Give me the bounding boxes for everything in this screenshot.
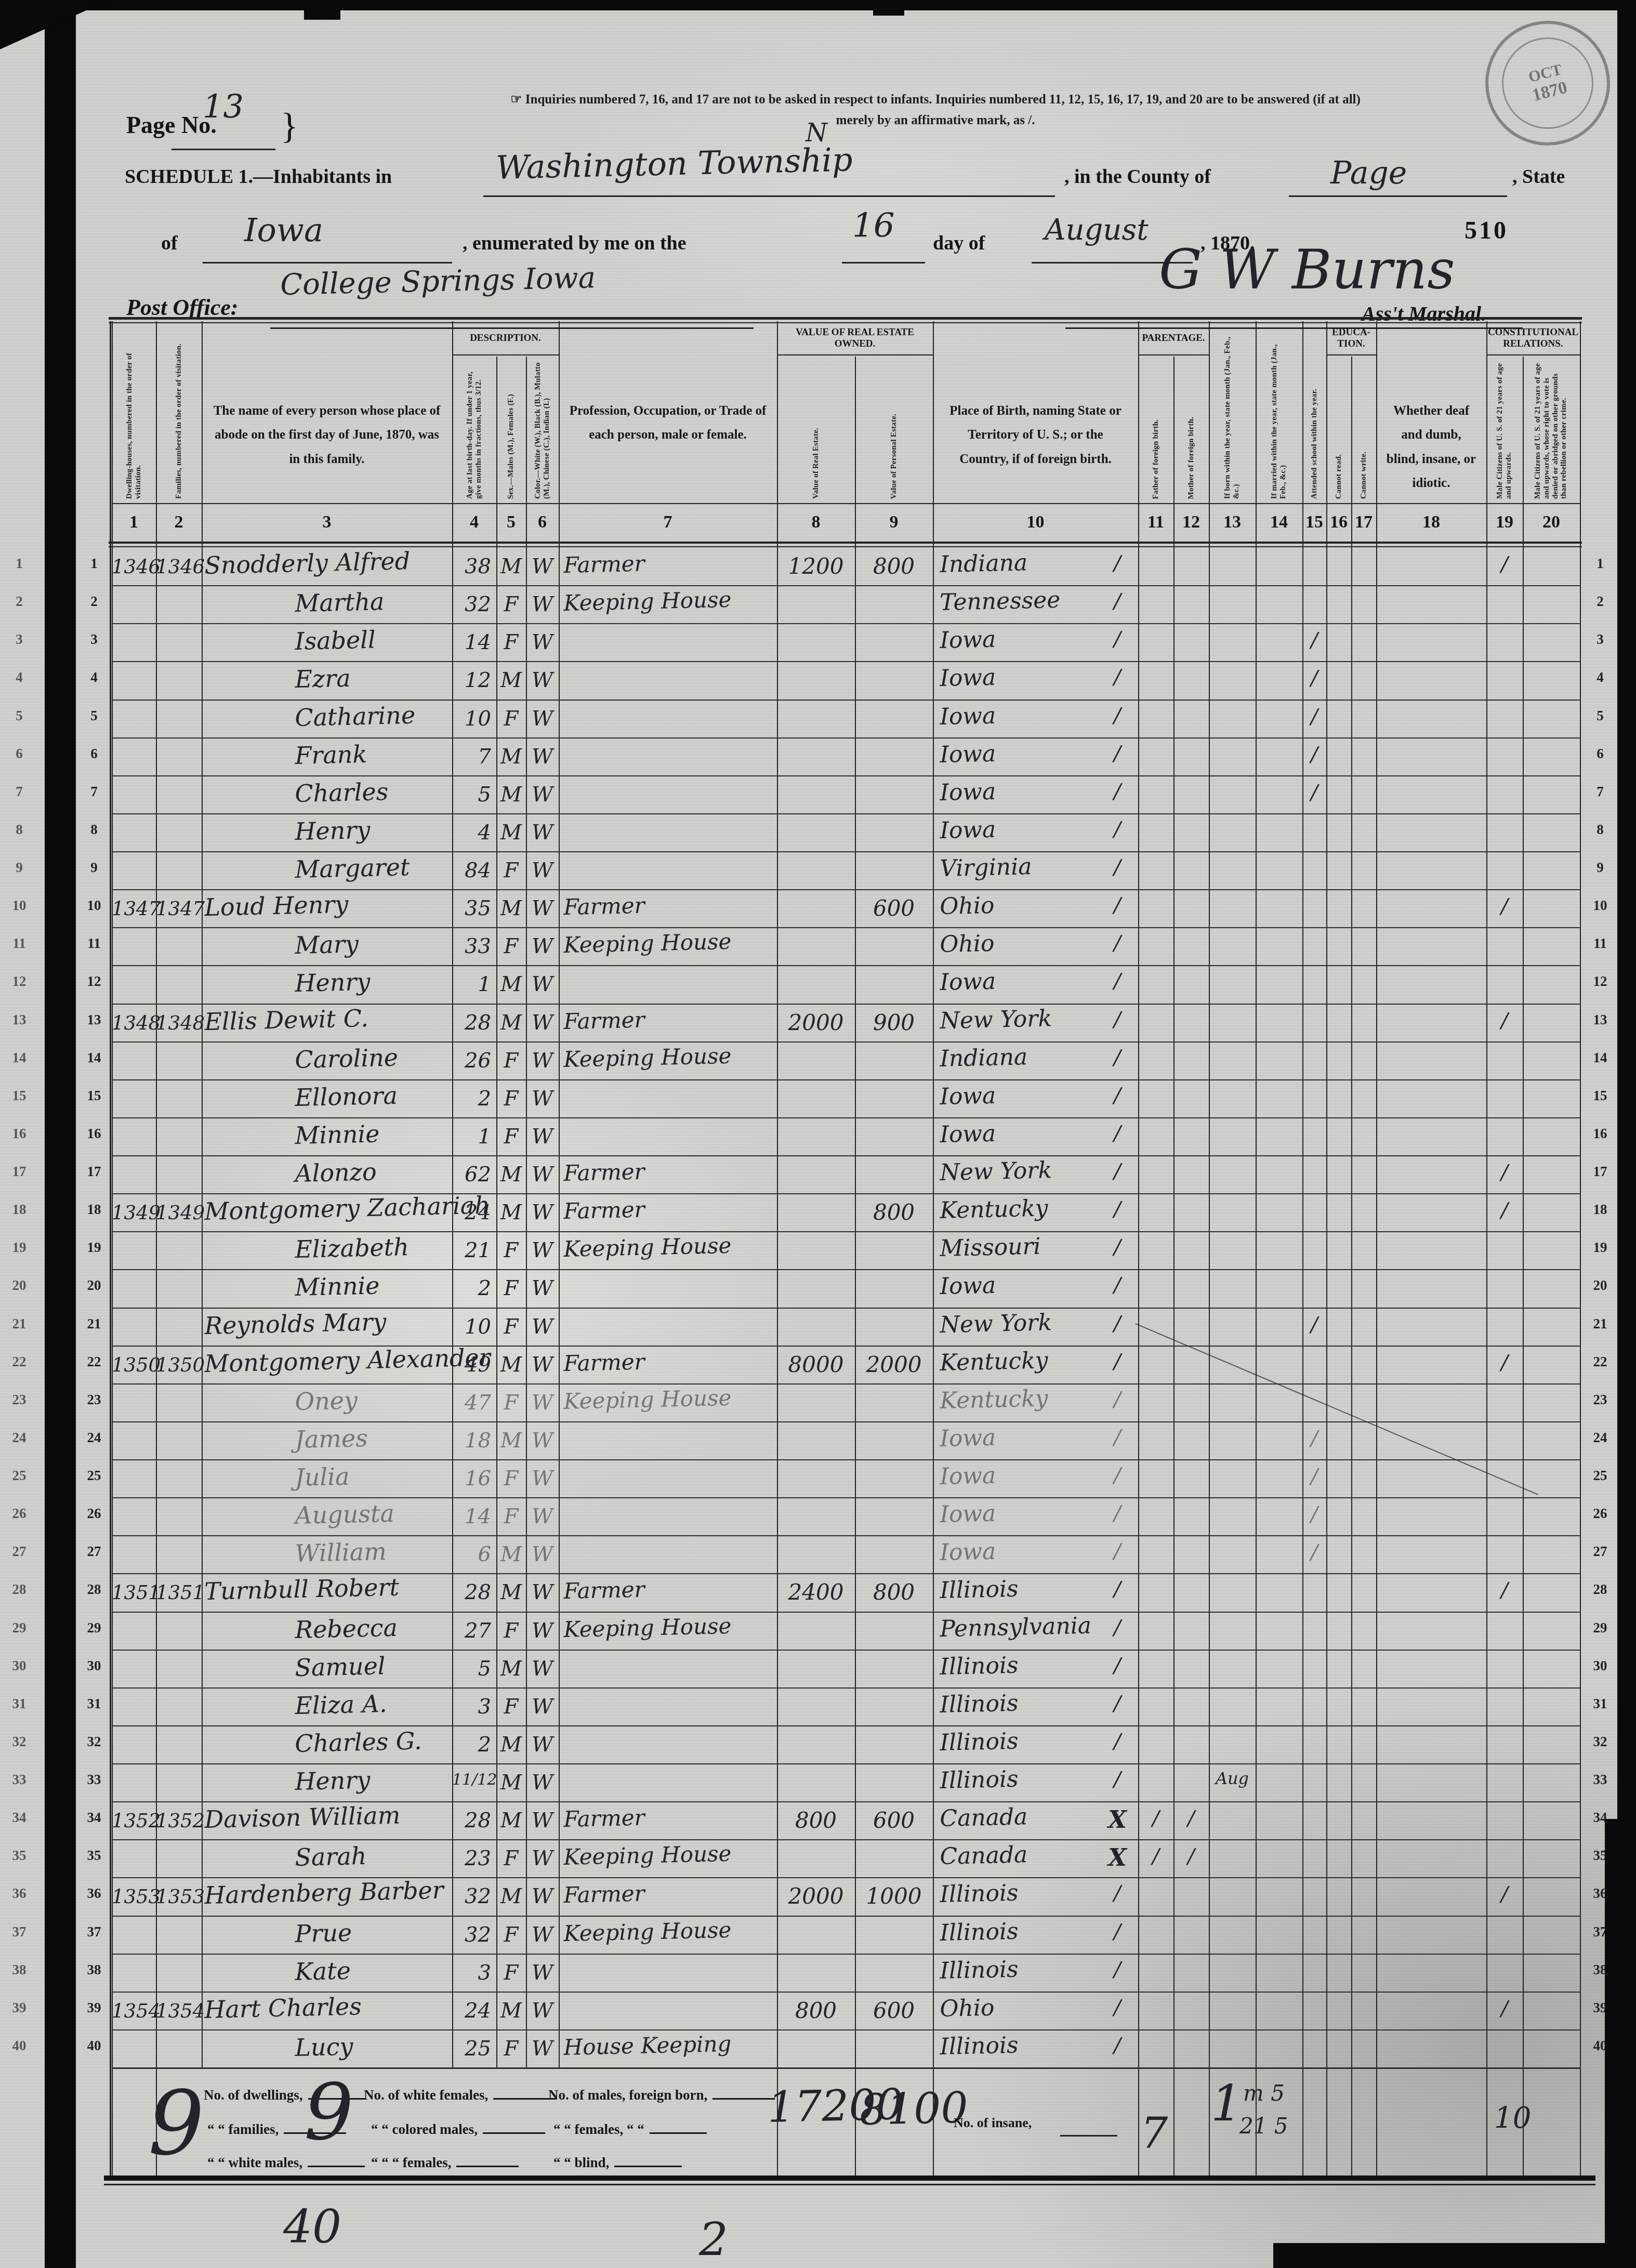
cell-personal-estate: 800 <box>855 1579 933 1605</box>
cell-color: W <box>526 707 559 731</box>
cell-color: W <box>526 1429 559 1453</box>
column-header-11: Father of foreign birth. <box>1140 361 1171 499</box>
cell-person-name: Rebecca <box>295 1613 398 1643</box>
column-header-12: Mother of foreign birth. <box>1176 361 1207 499</box>
pen-scratch <box>1135 1323 1538 1495</box>
column-header-text: Attended school within the year. <box>1310 389 1319 499</box>
row-number-sliver: 39 <box>1 2000 37 2016</box>
row-number-right: 31 <box>1581 1696 1619 1712</box>
cell-person-name: Ezra <box>295 664 351 693</box>
cell-color: W <box>526 1391 559 1415</box>
column-header-text: Sex.—Males (M.), Females (F.) <box>507 394 516 499</box>
cell-mark-col19: / <box>1486 1009 1523 1033</box>
row-number-left: 20 <box>78 1277 110 1294</box>
cell-birthplace: New York <box>940 1309 1052 1338</box>
row-number-left: 10 <box>78 898 110 914</box>
cell-real-estate: 800 <box>777 1998 855 2023</box>
table-row-line <box>112 1497 1581 1498</box>
cell-sex: F <box>496 1619 526 1643</box>
cell-sex: F <box>496 630 526 654</box>
cell-person-name: Margaret <box>295 853 410 884</box>
row-number-sliver: 2 <box>1 594 37 610</box>
schedule-title: SCHEDULE 1.—Inhabitants in <box>125 165 392 188</box>
cell-age: 84 <box>452 859 491 882</box>
table-row-line <box>112 2029 1581 2030</box>
row-number-sliver: 13 <box>1 1012 37 1028</box>
cell-birthplace: Ohio <box>940 892 995 920</box>
cell-birthplace: Virginia <box>940 853 1032 882</box>
column-group-underline <box>777 354 933 355</box>
row-number-left: 13 <box>78 1012 110 1028</box>
column-header-14: If married within the year, state month … <box>1258 328 1300 499</box>
row-number-sliver: 30 <box>1 1658 37 1674</box>
row-number-sliver: 1 <box>1 556 37 572</box>
cell-sex: F <box>496 1695 526 1719</box>
cell-sex: F <box>496 592 526 616</box>
cell-sex: M <box>496 1657 526 1681</box>
column-header-19: Male Citizens of U. S. of 21 years of ag… <box>1488 361 1521 499</box>
column-header-7: Profession, Occupation, or Trade of each… <box>568 399 768 447</box>
cell-sex: M <box>496 1733 526 1757</box>
row-number-right: 4 <box>1581 669 1619 685</box>
cell-family-number: 1353 <box>156 1885 202 1908</box>
cell-age: 3 <box>452 1961 491 1985</box>
row-number-left: 40 <box>78 2038 110 2054</box>
row-number-right: 14 <box>1581 1050 1619 1066</box>
column-header-text: Mother of foreign birth. <box>1187 417 1196 499</box>
film-edge-top <box>0 0 1636 10</box>
row-number-right: 9 <box>1581 860 1619 876</box>
cell-age: 27 <box>452 1619 491 1643</box>
cell-birthplace: Illinois <box>940 1956 1019 1984</box>
column-number-12: 12 <box>1173 512 1209 532</box>
column-header-text: Cannot read. <box>1335 454 1343 499</box>
instruction-note-line2: merely by an affirmative mark, as /. <box>364 113 1507 128</box>
table-row-line <box>112 1954 1581 1955</box>
cell-person-name: Loud Henry <box>204 890 349 921</box>
cell-family-number: 1346 <box>156 556 202 578</box>
row-number-right: 28 <box>1581 1581 1619 1598</box>
summary-blank <box>713 2095 775 2100</box>
row-number-sliver: 22 <box>1 1354 37 1370</box>
row-number-sliver: 28 <box>1 1581 37 1598</box>
cell-occupation: Keeping House <box>563 1233 732 1262</box>
row-number-right: 13 <box>1581 1012 1619 1028</box>
cell-real-estate: 2000 <box>777 1883 855 1909</box>
cell-mark-col11: / <box>1138 1807 1173 1830</box>
cell-person-name: Minnie <box>295 1272 380 1302</box>
cell-birthplace-mark: / <box>1102 1920 1133 1944</box>
cell-sex: M <box>496 972 526 996</box>
row-number-sliver: 15 <box>1 1088 37 1104</box>
cell-mark-col12: / <box>1173 1807 1209 1830</box>
cell-real-estate: 1200 <box>777 553 855 579</box>
cell-dwelling-number: 1354 <box>112 2000 156 2022</box>
summary-label-text: No. of males, foreign born, <box>548 2087 707 2103</box>
cell-mark-col15: / <box>1302 628 1326 652</box>
cell-person-name: Ellis Dewit C. <box>204 1004 369 1035</box>
cell-occupation: Farmer <box>563 1881 645 1908</box>
row-number-left: 29 <box>78 1620 110 1636</box>
summary-blank <box>483 2129 545 2134</box>
row-number-right: 2 <box>1581 594 1619 610</box>
row-number-left: 38 <box>78 1962 110 1978</box>
cell-person-name: Samuel <box>295 1652 386 1682</box>
cell-color: W <box>526 859 559 882</box>
summary-blank <box>493 2095 556 2100</box>
cell-personal-estate: 1000 <box>855 1883 933 1909</box>
cell-age: 6 <box>452 1542 491 1566</box>
row-number-sliver: 20 <box>1 1277 37 1294</box>
cell-mark-col15: / <box>1302 705 1326 729</box>
cell-birthplace: Iowa <box>940 1424 996 1452</box>
row-number-left: 7 <box>78 784 110 800</box>
cell-birthplace: Missouri <box>940 1233 1041 1262</box>
cell-age: 5 <box>452 783 491 807</box>
cell-birthplace-mark: / <box>1102 1730 1133 1753</box>
cell-age: 35 <box>452 896 491 920</box>
cell-sex: M <box>496 1429 526 1453</box>
row-number-left: 5 <box>78 708 110 724</box>
cell-occupation: Farmer <box>563 893 645 920</box>
cell-mark-col19: / <box>1486 894 1523 918</box>
cell-color: W <box>526 555 559 578</box>
row-number-right: 24 <box>1581 1430 1619 1446</box>
cell-color: W <box>526 1733 559 1757</box>
cell-sex: F <box>496 1125 526 1149</box>
summary-insane-blank <box>1060 2135 1117 2137</box>
day-value: 16 <box>852 207 894 245</box>
cell-color: W <box>526 1163 559 1186</box>
cell-person-name: Hart Charles <box>204 1992 362 2024</box>
summary-dwellings-value: 9 <box>304 2067 353 2158</box>
table-row-line <box>112 737 1581 739</box>
cell-birthplace-mark: / <box>1102 1159 1133 1183</box>
cell-color: W <box>526 783 559 807</box>
table-row-line <box>112 1231 1581 1232</box>
cell-sex: M <box>496 668 526 692</box>
summary-label: No. of males, foreign born, <box>548 2087 775 2103</box>
cell-birthplace: Kentucky <box>940 1347 1048 1376</box>
cell-age: 24 <box>452 1999 491 2023</box>
table-column-line <box>1138 321 1139 2179</box>
cell-age: 11/12 <box>452 1771 491 1789</box>
summary-label-text: “ “ colored males, <box>371 2121 478 2137</box>
cell-family-number: 1351 <box>156 1581 202 1604</box>
cell-age: 5 <box>452 1657 491 1681</box>
cell-person-name: Mary <box>295 930 359 959</box>
margin-note-center: 2 <box>699 2213 728 2266</box>
table-row-line <box>112 1308 1581 1309</box>
row-number-left: 16 <box>78 1126 110 1142</box>
caret-mark: N <box>806 118 827 148</box>
table-row-line <box>112 813 1581 814</box>
cell-birthplace: Illinois <box>940 1880 1019 1908</box>
table-row-line <box>112 1725 1581 1726</box>
cell-person-name: Isabell <box>295 626 376 656</box>
cell-birthplace-mark: / <box>1102 1692 1133 1716</box>
cell-occupation: Farmer <box>563 1349 645 1376</box>
cell-color: W <box>526 1884 559 1908</box>
cell-occupation: Farmer <box>563 1007 645 1034</box>
cell-age: 62 <box>452 1163 491 1186</box>
page-number-value: 13 <box>203 87 244 125</box>
cell-sex: M <box>496 1011 526 1035</box>
cell-mark-col15: / <box>1302 1465 1326 1488</box>
row-number-left: 11 <box>78 935 110 952</box>
county-blank <box>1289 195 1507 197</box>
cell-birthplace-mark: / <box>1102 2034 1133 2058</box>
cell-age: 10 <box>452 707 491 731</box>
row-number-sliver: 14 <box>1 1050 37 1066</box>
cell-birthplace: Pennsylvania <box>940 1612 1092 1642</box>
column-number-17: 17 <box>1351 512 1376 532</box>
state-blank <box>203 262 452 263</box>
cell-birthplace: Iowa <box>940 1500 996 1528</box>
summary-blank <box>456 2162 519 2167</box>
cell-family-number: 1352 <box>156 1810 202 1832</box>
cell-birthplace-mark: / <box>1102 1958 1133 1982</box>
cell-color: W <box>526 821 559 845</box>
table-column-line <box>1302 321 1303 2179</box>
cell-birthplace-mark: X <box>1102 1805 1133 1834</box>
cell-mark-col15: / <box>1302 1313 1326 1337</box>
cell-sex: M <box>496 896 526 920</box>
table-row-line <box>112 1535 1581 1536</box>
cell-mark-col15: / <box>1302 1502 1326 1526</box>
cell-occupation: Keeping House <box>563 929 732 958</box>
state-value: Iowa <box>244 211 323 249</box>
row-number-right: 26 <box>1581 1506 1619 1522</box>
page-number-underline <box>171 149 275 150</box>
cell-sex: F <box>496 1391 526 1415</box>
row-number-left: 2 <box>78 594 110 610</box>
cell-color: W <box>526 1923 559 1947</box>
state-label: , State <box>1512 165 1565 188</box>
column-group-label: Constitutional Relations. <box>1487 323 1579 353</box>
cell-birthplace: Tennessee <box>940 587 1061 616</box>
cell-person-name: Montgomery Alexander <box>204 1343 491 1377</box>
cell-person-name: William <box>295 1537 387 1567</box>
cell-person-name: Oney <box>295 1386 358 1416</box>
cell-birthplace-mark: / <box>1102 817 1133 841</box>
cell-age: 7 <box>452 745 491 769</box>
summary-blank <box>308 2162 365 2167</box>
row-number-sliver: 31 <box>1 1696 37 1712</box>
column-header-13: If born within the year, state month (Ja… <box>1211 328 1254 499</box>
cell-birthplace-mark: / <box>1102 1388 1133 1412</box>
row-number-sliver: 17 <box>1 1164 37 1180</box>
row-number-left: 21 <box>78 1316 110 1332</box>
cell-birthplace: Iowa <box>940 626 996 654</box>
cell-birthplace: Kentucky <box>940 1385 1048 1414</box>
row-number-left: 30 <box>78 1658 110 1674</box>
row-number-sliver: 19 <box>1 1240 37 1256</box>
cell-birthplace-mark: / <box>1102 1881 1133 1905</box>
column-header-text: Families, numbered in the order of visit… <box>175 344 183 499</box>
table-row-line <box>112 1421 1581 1422</box>
cell-person-name: Charles G. <box>295 1726 422 1758</box>
cell-occupation: House Keeping <box>563 2031 732 2060</box>
cell-mark-col19: / <box>1486 1351 1523 1375</box>
of-label: of <box>161 232 178 255</box>
cell-age: 21 <box>452 1238 491 1262</box>
row-number-right: 11 <box>1581 935 1619 952</box>
column-number-4: 4 <box>452 512 496 532</box>
cell-personal-estate: 900 <box>855 1010 933 1035</box>
cell-birthplace: Iowa <box>940 968 996 996</box>
cell-person-name: Minnie <box>295 1119 380 1150</box>
summary-personal-estate-total: 8100 <box>859 2083 969 2135</box>
row-number-right: 18 <box>1581 1202 1619 1218</box>
census-page: Page No. 13 } ☞ Inquiries numbered 7, 16… <box>0 9 1620 2268</box>
column-number-20: 20 <box>1523 512 1580 532</box>
cell-birthplace-mark: / <box>1102 1312 1133 1336</box>
column-header-16: Cannot read. <box>1328 361 1349 499</box>
cell-personal-estate: 600 <box>855 1808 933 1833</box>
row-number-right: 8 <box>1581 822 1619 838</box>
table-row-line <box>112 1079 1581 1080</box>
cell-dwelling-number: 1347 <box>112 898 156 920</box>
cell-family-number: 1348 <box>156 1012 202 1034</box>
cell-mark-col15: / <box>1302 743 1326 767</box>
table-row-line <box>112 661 1581 662</box>
cell-sex: F <box>496 1087 526 1111</box>
row-number-left: 3 <box>78 631 110 648</box>
cell-age: 16 <box>452 1467 491 1491</box>
cell-age: 10 <box>452 1315 491 1339</box>
cell-color: W <box>526 1353 559 1377</box>
column-header-20: Male Citizens of U. S. of 21 years of ag… <box>1525 361 1578 499</box>
cell-birthplace-mark: / <box>1102 855 1133 879</box>
cell-mark-col15: / <box>1302 1427 1326 1451</box>
table-row-line <box>112 1269 1581 1270</box>
row-number-left: 19 <box>78 1240 110 1256</box>
cell-birthplace: Kentucky <box>940 1195 1048 1224</box>
cell-color: W <box>526 1049 559 1073</box>
row-number-right: 17 <box>1581 1164 1619 1180</box>
cell-sex: M <box>496 1542 526 1566</box>
cell-occupation: Farmer <box>563 1805 645 1832</box>
cell-sex: M <box>496 1353 526 1377</box>
cell-sex: M <box>496 783 526 807</box>
row-number-left: 24 <box>78 1430 110 1446</box>
cell-sex: M <box>496 1999 526 2023</box>
summary-big-tally: 9 <box>148 2073 204 2175</box>
cell-person-name: Snodderly Alfred <box>204 547 411 579</box>
column-number-9: 9 <box>855 512 933 532</box>
instruction-note-line1: ☞ Inquiries numbered 7, 16, and 17 are n… <box>364 91 1507 107</box>
cell-birthplace: Iowa <box>940 778 996 806</box>
cell-age: 2 <box>452 1276 491 1300</box>
cell-birthplace-mark: / <box>1102 1122 1133 1145</box>
cell-sex: F <box>496 707 526 731</box>
cell-birthplace: Iowa <box>940 1272 996 1300</box>
cell-personal-estate: 800 <box>855 1199 933 1225</box>
cell-birthplace-mark: / <box>1102 931 1133 955</box>
cell-birthplace-mark: / <box>1102 1273 1133 1297</box>
row-number-right: 1 <box>1581 556 1619 572</box>
cell-sex: F <box>496 1467 526 1491</box>
cell-birthplace: Ohio <box>940 930 995 958</box>
cell-family-number: 1347 <box>156 898 202 920</box>
cell-birthplace: Illinois <box>940 1652 1019 1680</box>
column-group-label: Parentage. <box>1139 323 1208 353</box>
cell-age: 32 <box>452 1884 491 1908</box>
enumerated-label: , enumerated by me on the <box>463 232 687 255</box>
cell-birthplace-mark: / <box>1102 1235 1133 1259</box>
page-stamp-number: 510 <box>1465 216 1508 245</box>
header-bottom-rule <box>112 503 1581 504</box>
table-row-line <box>112 1346 1581 1347</box>
cell-sex: M <box>496 1580 526 1604</box>
cell-color: W <box>526 1619 559 1643</box>
column-group-label: Educa- tion. <box>1327 323 1375 353</box>
cell-birthplace-mark: / <box>1102 1768 1133 1791</box>
postal-stamp: OCT 1870 <box>1472 8 1624 159</box>
row-number-left: 34 <box>78 1810 110 1826</box>
cell-real-estate: 2400 <box>777 1579 855 1605</box>
margin-note-left: 40 <box>283 2200 341 2253</box>
cell-personal-estate: 2000 <box>855 1352 933 1377</box>
cell-occupation: Farmer <box>563 1158 645 1186</box>
cell-birthplace: Iowa <box>940 1082 996 1110</box>
row-number-right: 5 <box>1581 708 1619 724</box>
pointing-hand-icon: ☞ <box>510 93 522 107</box>
cell-color: W <box>526 1315 559 1339</box>
row-number-left: 28 <box>78 1581 110 1598</box>
cell-person-name: Turnbull Robert <box>204 1573 400 1605</box>
table-row-line <box>112 623 1581 624</box>
cell-color: W <box>526 1847 559 1870</box>
table-row-line <box>112 1612 1581 1613</box>
cell-sex: F <box>496 934 526 958</box>
column-header-4: Age at last birth-day. If under 1 year, … <box>454 361 494 499</box>
cell-birthplace: Illinois <box>940 1690 1019 1718</box>
cell-color: W <box>526 1542 559 1566</box>
table-column-line <box>933 321 934 2179</box>
cell-family-number: 1350 <box>156 1354 202 1376</box>
cell-birthplace-mark: / <box>1102 1008 1133 1032</box>
summary-label-text: “ “ blind, <box>553 2155 609 2170</box>
cell-person-name: Henry <box>295 816 371 846</box>
cell-color: W <box>526 592 559 616</box>
cell-age: 33 <box>452 934 491 958</box>
film-corner-bottom-right <box>1273 2243 1636 2268</box>
cell-birthplace: New York <box>940 1005 1052 1034</box>
cell-color: W <box>526 1657 559 1681</box>
cell-birthplace-mark: / <box>1102 1084 1133 1107</box>
column-header-8: Value of Real Estate. <box>779 361 853 499</box>
cell-person-name: Prue <box>295 1918 352 1947</box>
cell-sex: F <box>496 1505 526 1528</box>
cell-occupation: Keeping House <box>563 587 732 616</box>
row-number-sliver: 5 <box>1 708 37 724</box>
cell-sex: F <box>496 859 526 882</box>
cell-birthplace-mark: / <box>1102 1654 1133 1678</box>
table-row-line <box>112 585 1581 586</box>
column-number-15: 15 <box>1302 512 1326 532</box>
cell-birthplace-mark: / <box>1102 589 1133 613</box>
column-header-10: Place of Birth, naming State or Territor… <box>942 399 1129 471</box>
cell-birthplace: Illinois <box>940 1576 1019 1604</box>
cell-age: 4 <box>452 821 491 845</box>
cell-mark-col11: / <box>1138 1844 1173 1868</box>
cell-mark-col15: / <box>1302 781 1326 805</box>
column-number-11: 11 <box>1138 512 1173 532</box>
column-header-9: Value of Personal Estate. <box>857 361 931 499</box>
cell-person-name: James <box>295 1424 368 1454</box>
